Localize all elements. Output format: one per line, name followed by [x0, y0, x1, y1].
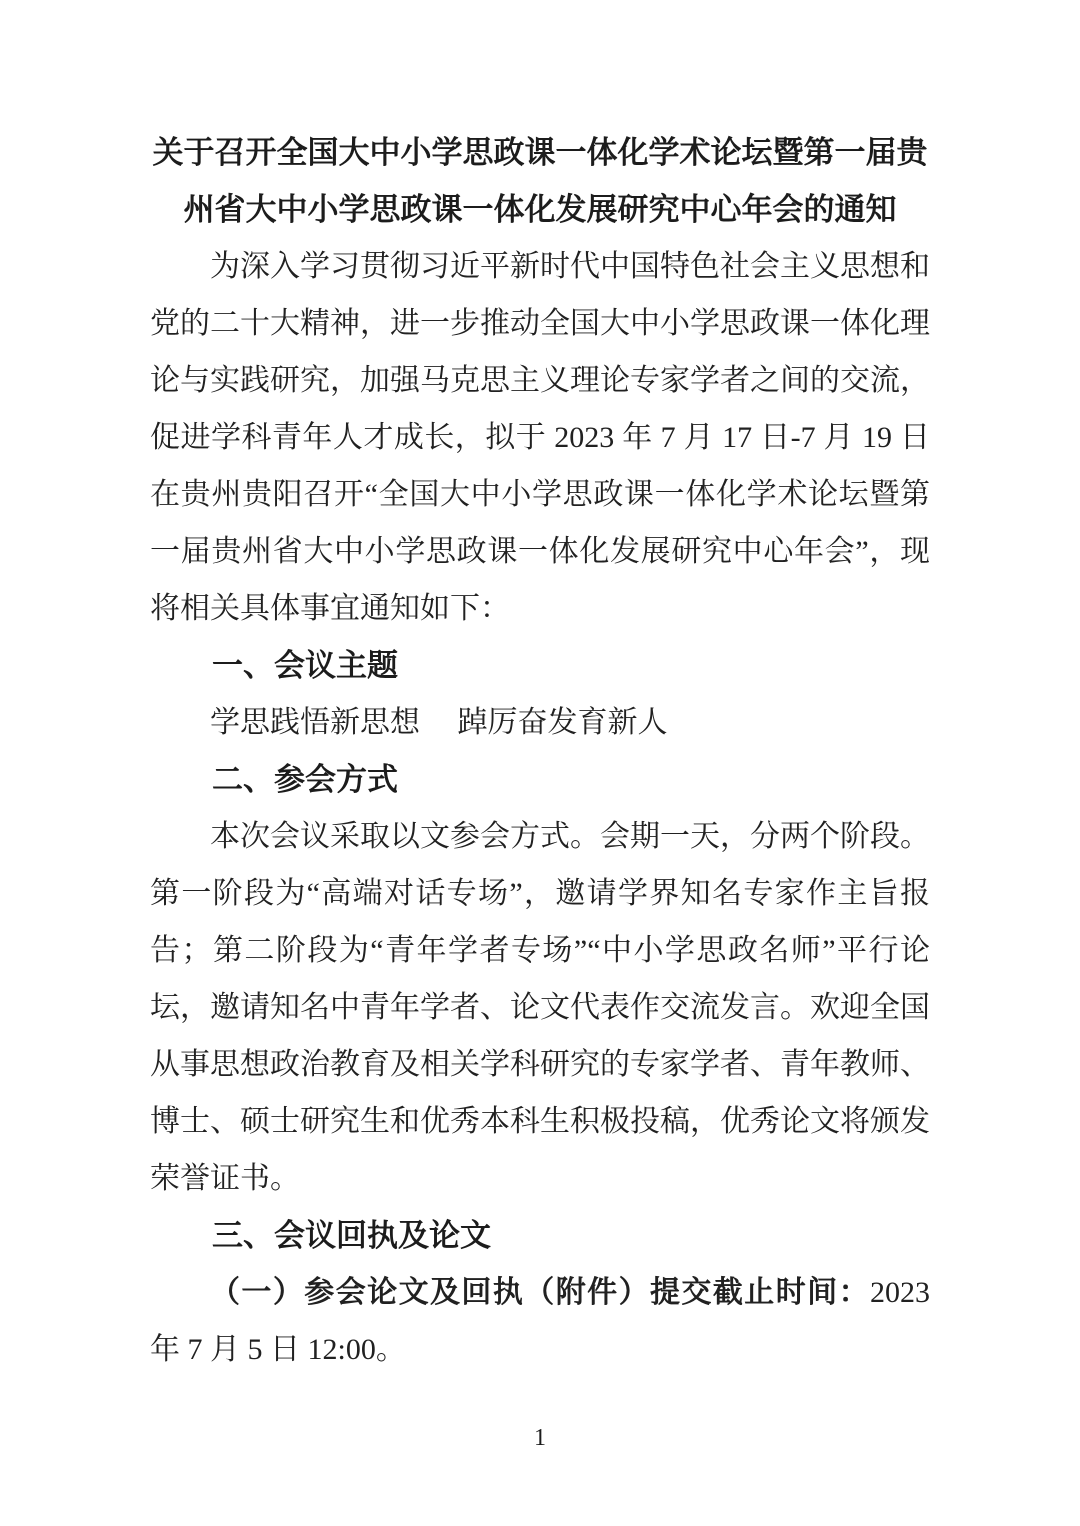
document-title-line-1: 关于召开全国大中小学思政课一体化学术论坛暨第一届贵 — [150, 124, 930, 181]
section-heading-receipt-and-papers: 三、会议回执及论文 — [150, 1207, 930, 1264]
document-content: 关于召开全国大中小学思政课一体化学术论坛暨第一届贵 州省大中小学思政课一体化发展… — [0, 0, 1080, 1378]
section-heading-meeting-theme: 一、会议主题 — [150, 637, 930, 694]
deadline-paragraph: （一）参会论文及回执（附件）提交截止时间：2023 年 7 月 5 日 12:0… — [150, 1264, 930, 1378]
meeting-theme-text: 学思践悟新思想 踔厉奋发育新人 — [150, 694, 930, 751]
document-title-line-2: 州省大中小学思政课一体化发展研究中心年会的通知 — [150, 181, 930, 238]
section-heading-participation-method: 二、参会方式 — [150, 751, 930, 808]
participation-paragraph: 本次会议采取以文参会方式。会期一天，分两个阶段。第一阶段为“高端对话专场”，邀请… — [150, 808, 930, 1207]
document-page: 关于召开全国大中小学思政课一体化学术论坛暨第一届贵 州省大中小学思政课一体化发展… — [0, 0, 1080, 1526]
page-number: 1 — [0, 1424, 1080, 1452]
document-title: 关于召开全国大中小学思政课一体化学术论坛暨第一届贵 州省大中小学思政课一体化发展… — [150, 124, 930, 238]
deadline-label: （一）参会论文及回执（附件）提交截止时间： — [210, 1276, 870, 1309]
intro-paragraph: 为深入学习贯彻习近平新时代中国特色社会主义思想和党的二十大精神，进一步推动全国大… — [150, 238, 930, 637]
